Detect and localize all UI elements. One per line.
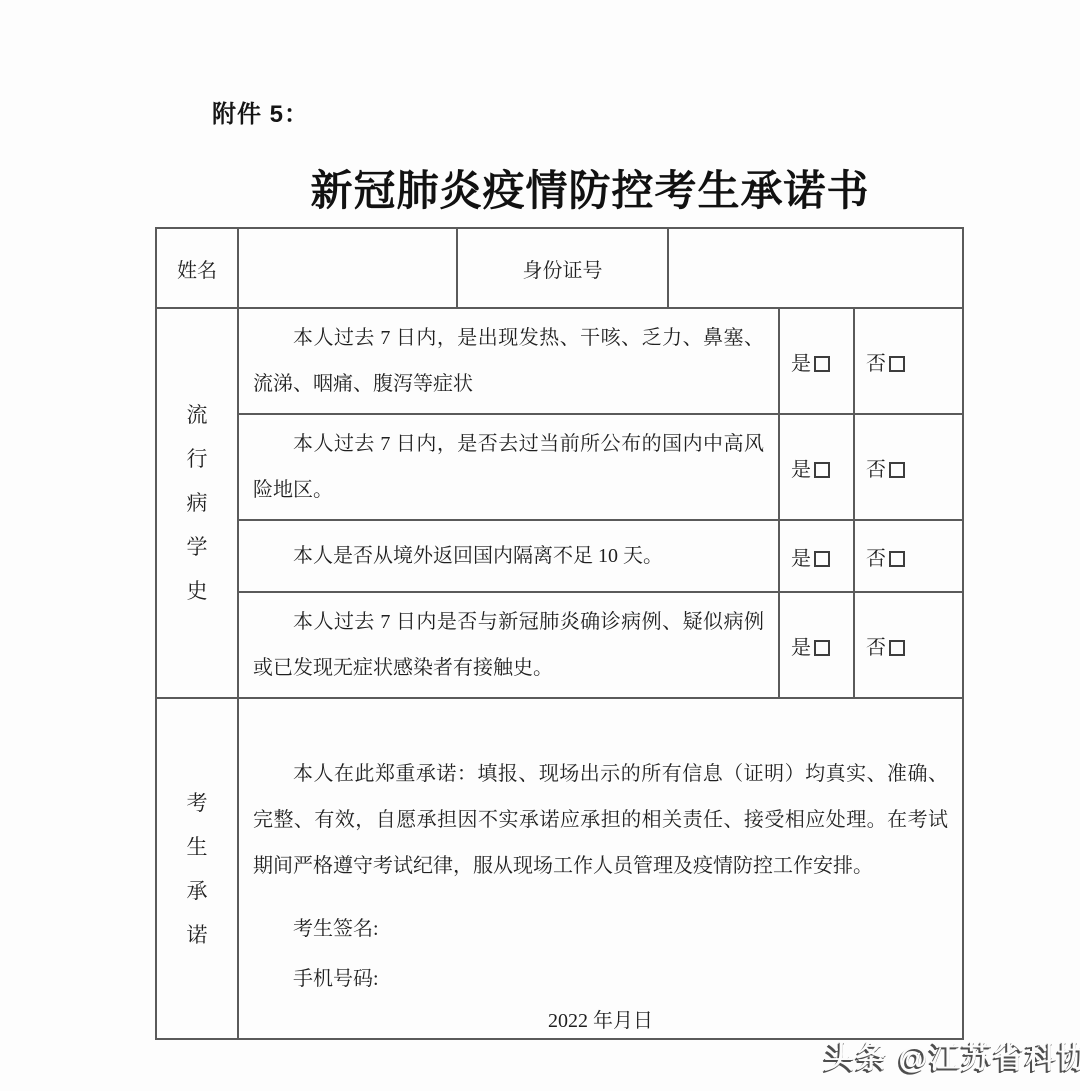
watermark: 头条 @江苏省科协 [824,1033,1080,1077]
no-option: 否 [854,414,963,520]
yes-label: 是 [791,353,811,375]
yes-checkbox[interactable] [814,640,830,656]
document-title: 新冠肺炎疫情防控考生承诺书 [155,158,1025,218]
pledge-section-label: 考生承诺 [186,781,208,957]
document-page: 附件 5： 新冠肺炎疫情防控考生承诺书 姓名 身份证号 流行病学史 本人过去 7… [0,0,1080,1091]
yes-option: 是 [779,592,854,698]
no-label: 否 [866,459,886,481]
name-value-cell[interactable] [238,228,457,308]
yes-option: 是 [779,414,854,520]
no-option: 否 [854,592,963,698]
no-label: 否 [866,353,886,375]
pledge-text: 本人在此郑重承诺：填报、现场出示的所有信息（证明）均真实、准确、完整、有效，自愿… [253,751,948,889]
question-text: 本人过去 7 日内是否与新冠肺炎确诊病例、疑似病例或已发现无症状感染者有接触史。 [253,599,764,691]
id-number-label: 身份证号 [457,228,668,308]
no-checkbox[interactable] [889,551,905,567]
id-number-value-cell[interactable] [668,228,963,308]
yes-label: 是 [791,548,811,570]
no-option: 否 [854,520,963,592]
question-row: 本人过去 7 日内，是否去过当前所公布的国内中高风险地区。 是 否 [156,414,963,520]
question-cell: 本人过去 7 日内，是否去过当前所公布的国内中高风险地区。 [238,414,779,520]
name-label: 姓名 [156,228,238,308]
yes-checkbox[interactable] [814,551,830,567]
question-row: 本人是否从境外返回国内隔离不足 10 天。 是 否 [156,520,963,592]
yes-checkbox[interactable] [814,462,830,478]
no-checkbox[interactable] [889,356,905,372]
date-line: 2022 年月日 [253,1007,948,1035]
yes-label: 是 [791,637,811,659]
signature-label[interactable]: 考生签名: [293,915,948,943]
question-cell: 本人过去 7 日内，是出现发热、干咳、乏力、鼻塞、流涕、咽痛、腹泻等症状 [238,308,779,414]
yes-option: 是 [779,520,854,592]
question-cell: 本人过去 7 日内是否与新冠肺炎确诊病例、疑似病例或已发现无症状感染者有接触史。 [238,592,779,698]
epidemiology-section-label: 流行病学史 [186,393,208,613]
pledge-content-cell: 本人在此郑重承诺：填报、现场出示的所有信息（证明）均真实、准确、完整、有效，自愿… [238,698,963,1039]
no-checkbox[interactable] [889,640,905,656]
no-checkbox[interactable] [889,462,905,478]
question-text: 本人是否从境外返回国内隔离不足 10 天。 [253,533,764,579]
question-row: 本人过去 7 日内是否与新冠肺炎确诊病例、疑似病例或已发现无症状感染者有接触史。… [156,592,963,698]
question-text: 本人过去 7 日内，是否去过当前所公布的国内中高风险地区。 [253,421,764,513]
attachment-label: 附件 5： [212,94,309,129]
no-label: 否 [866,637,886,659]
no-label: 否 [866,548,886,570]
pledge-row: 考生承诺 本人在此郑重承诺：填报、现场出示的所有信息（证明）均真实、准确、完整、… [156,698,963,1039]
commitment-form-table: 姓名 身份证号 流行病学史 本人过去 7 日内，是出现发热、干咳、乏力、鼻塞、流… [155,227,964,1040]
question-cell: 本人是否从境外返回国内隔离不足 10 天。 [238,520,779,592]
yes-checkbox[interactable] [814,356,830,372]
question-row: 流行病学史 本人过去 7 日内，是出现发热、干咳、乏力、鼻塞、流涕、咽痛、腹泻等… [156,308,963,414]
yes-option: 是 [779,308,854,414]
pledge-section-cell: 考生承诺 [156,698,238,1039]
epidemiology-section-cell: 流行病学史 [156,308,238,698]
question-text: 本人过去 7 日内，是出现发热、干咳、乏力、鼻塞、流涕、咽痛、腹泻等症状 [253,315,764,407]
header-row: 姓名 身份证号 [156,228,963,308]
no-option: 否 [854,308,963,414]
yes-label: 是 [791,459,811,481]
phone-label[interactable]: 手机号码: [293,965,948,993]
